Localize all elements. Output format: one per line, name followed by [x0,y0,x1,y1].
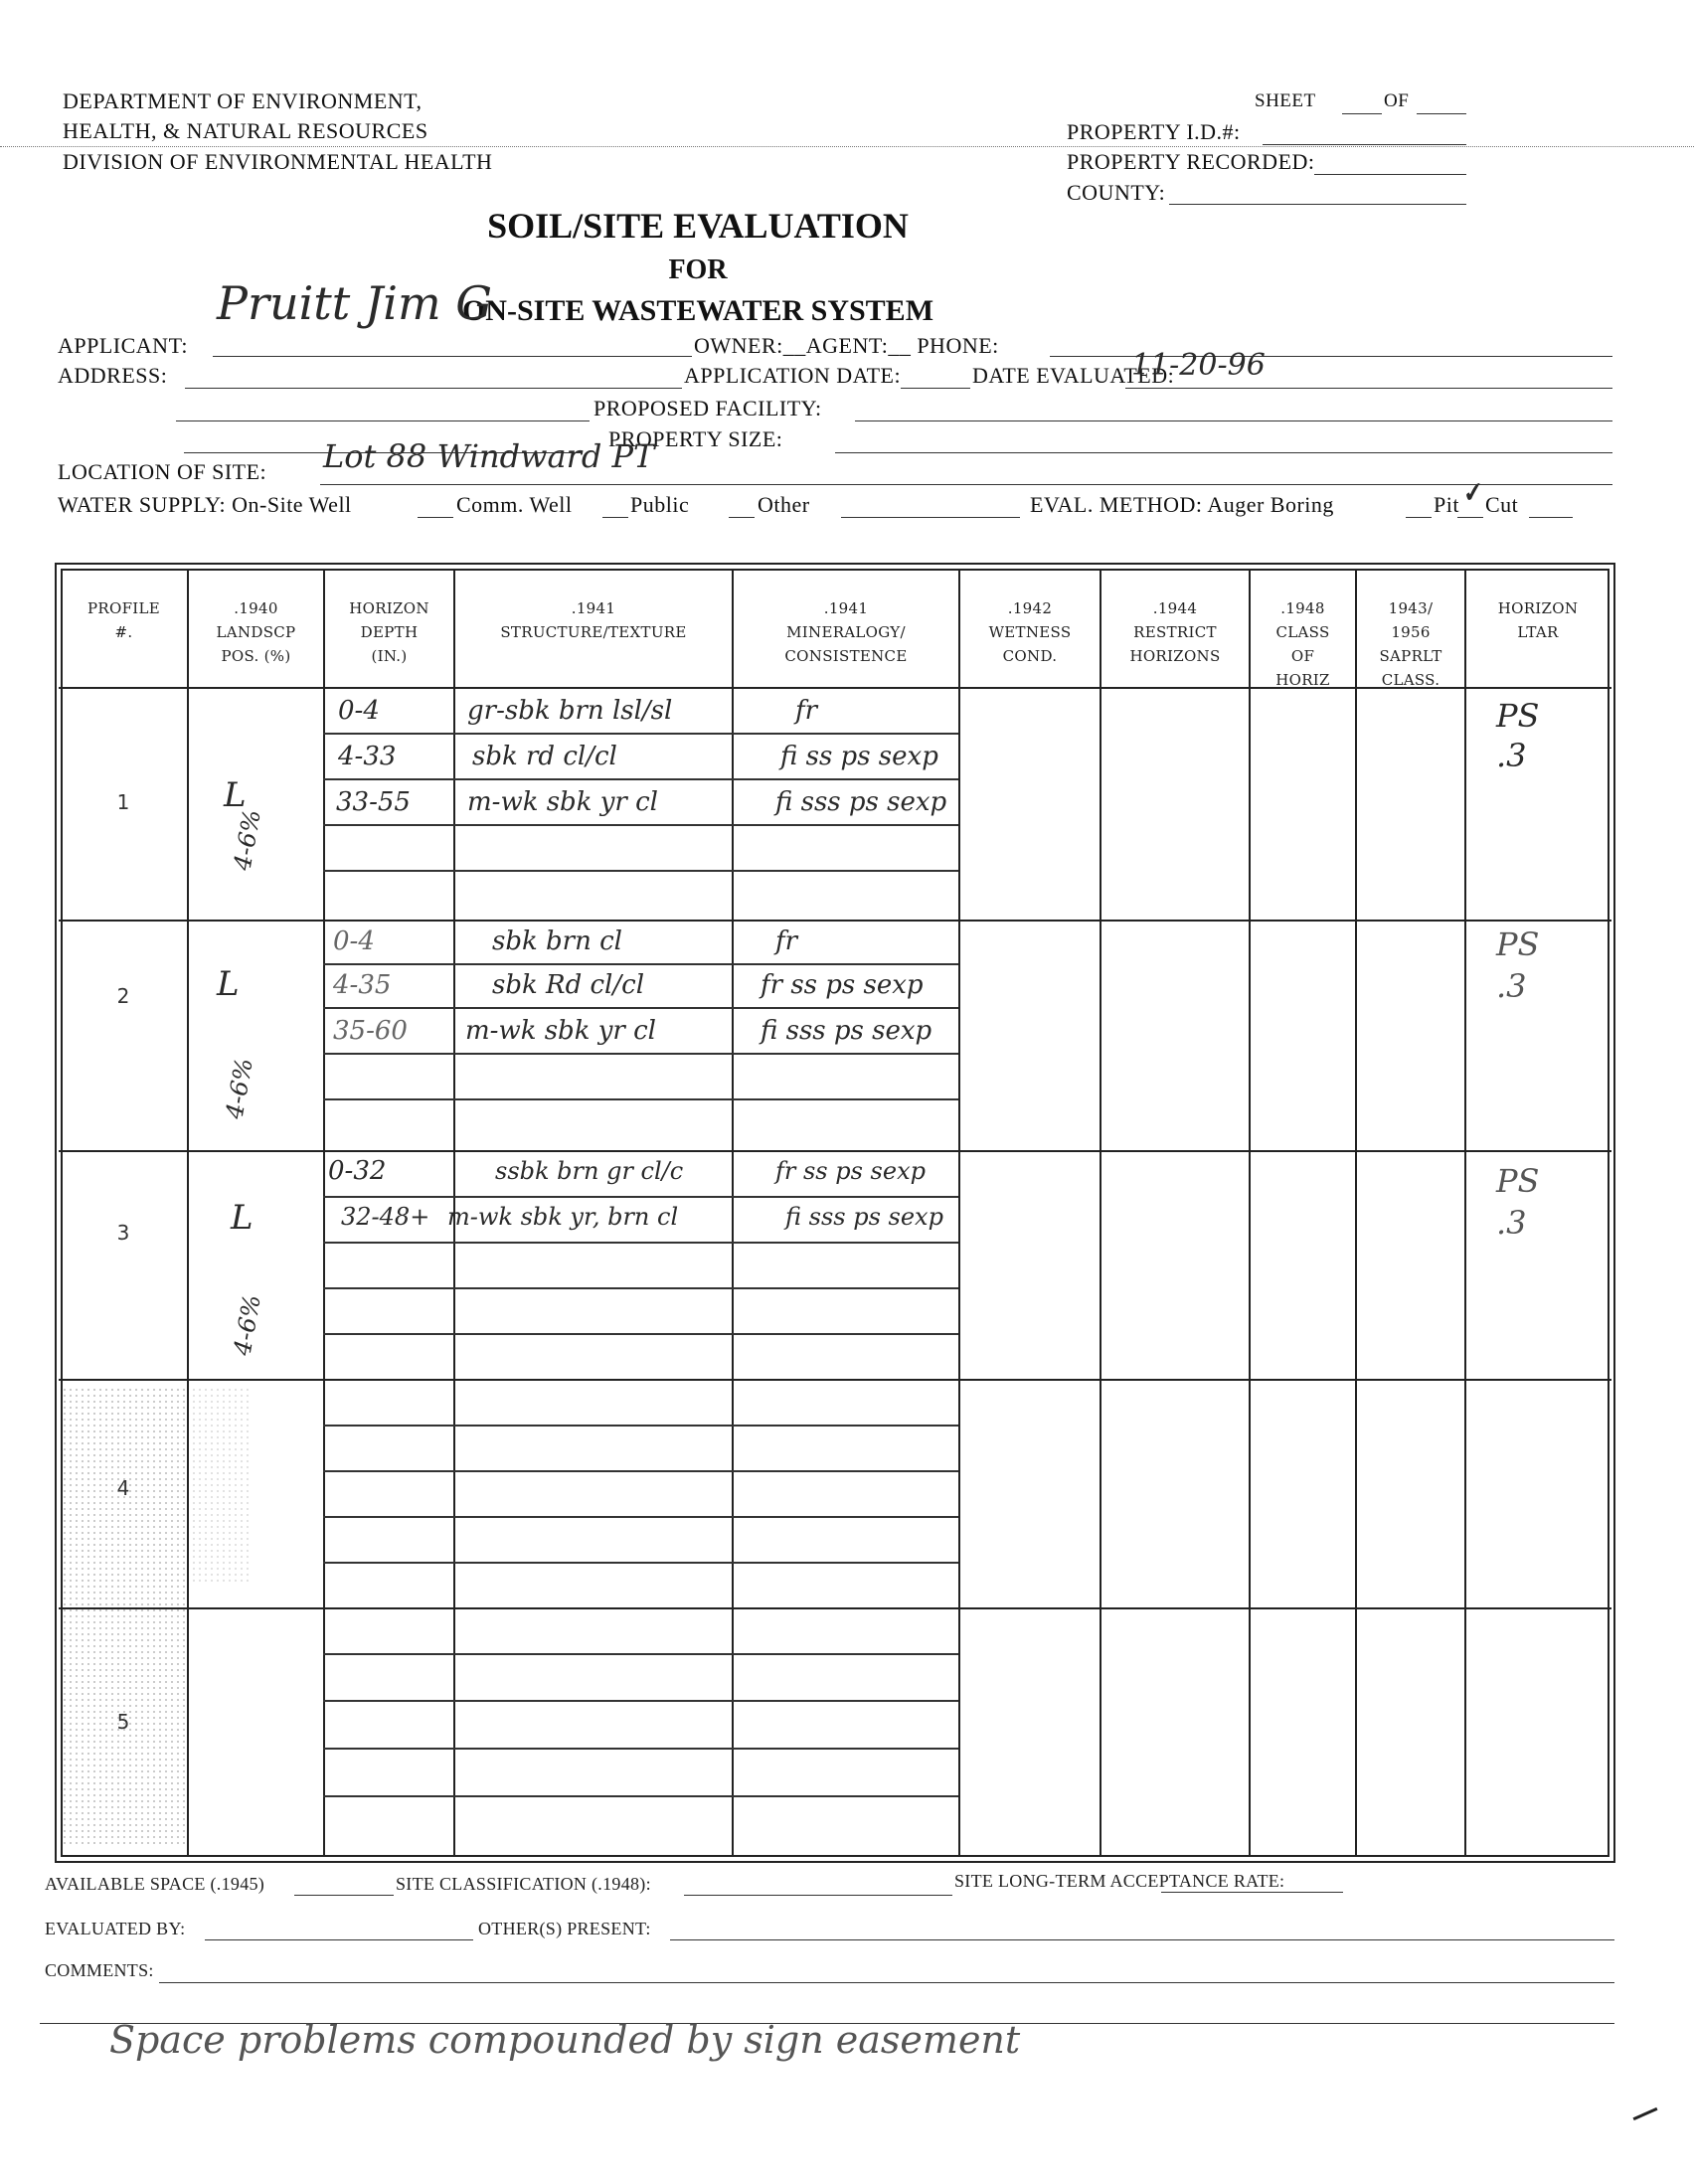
horizon-structure: sbk rd cl/cl [472,742,617,771]
horizon-mineralogy: fr ss ps sexp [775,1156,926,1186]
header-line: DEPTH [325,620,453,644]
col-header-wetness: .1942 WETNESS COND. [960,596,1100,668]
col-header-landscape: .1940 LANDSCP POS. (%) [189,596,323,668]
horizon-row-divider [323,1795,958,1797]
horizon-mineralogy: fr ss ps sexp [761,970,924,1000]
scan-mark [1633,2107,1658,2120]
col-header-class: .1948 CLASS OF HORIZ [1251,596,1355,692]
landscape-position: L [217,969,240,999]
ltar-value: .3 [1496,966,1527,1006]
header-line: POS. (%) [189,644,323,668]
scan-artifact-rule [0,146,1694,147]
horizon-row-divider [323,1516,958,1518]
header-line: PROFILE [61,596,187,620]
horizon-row-divider [323,1242,958,1244]
horizon-row-divider [323,1653,958,1655]
property-size-field[interactable] [835,452,1612,453]
horizon-mineralogy: fi ss ps sexp [780,742,938,771]
comments-label: COMMENTS: [45,1960,154,1981]
pit-field[interactable] [1457,517,1483,518]
water-supply-label: WATER SUPPLY: On-Site Well [58,492,352,518]
header-line: HORIZON [325,596,453,620]
header-line: RESTRICT [1101,620,1249,644]
horizon-mineralogy: fr [775,926,797,956]
horizon-mineralogy: fr [795,696,817,726]
col-divider [958,569,960,1857]
horizon-depth: 32-48+ [341,1202,429,1232]
landscape-position: L [224,780,247,810]
ltar-site-field[interactable] [1161,1892,1343,1893]
col-divider [1100,569,1101,1857]
header-line: .1948 [1251,596,1355,620]
horizon-row-divider [323,778,958,780]
header-line: .1944 [1101,596,1249,620]
horizon-structure: m-wk sbk yr cl [465,1016,656,1046]
profile-divider [59,1150,1611,1152]
header-line: 1943/ [1357,596,1464,620]
horizon-mineralogy: fi sss ps sexp [761,1016,932,1046]
location-field[interactable] [320,484,1612,485]
horizon-row-divider [323,1287,958,1289]
others-present-label: OTHER(S) PRESENT: [478,1919,651,1939]
available-space-label: AVAILABLE SPACE (.1945) [45,1874,264,1895]
onsite-well-field[interactable] [418,517,453,518]
applicant-value: Pruitt Jim G [217,276,492,330]
horizon-depth: 0-32 [328,1156,386,1186]
col-divider [1249,569,1251,1857]
horizon-row-divider [323,963,958,965]
header-line: LTAR [1466,620,1609,644]
profile-number: 4 [103,1476,143,1500]
ltar-site-label: SITE LONG-TERM ACCEPTANCE RATE: [954,1871,1284,1892]
horizon-row-divider [323,1562,958,1564]
date-evaluated-field[interactable] [1125,388,1612,389]
of-label: OF [1384,90,1409,112]
horizon-row-divider [323,1053,958,1055]
public-label: Public [630,492,689,518]
form-title: SOIL/SITE EVALUATION [0,205,1545,247]
agency-line-3: DIVISION OF ENVIRONMENTAL HEALTH [63,149,492,175]
col-divider [1464,569,1466,1857]
cut-label: Cut [1485,492,1518,518]
address-field[interactable] [185,388,682,389]
horizon-mineralogy: fi sss ps sexp [775,787,946,817]
site-classification-label: SITE CLASSIFICATION (.1948): [396,1874,651,1895]
col-divider [187,569,189,1857]
owner-agent-phone-label: OWNER:__AGENT:__ PHONE: [694,333,999,359]
auger-boring-field[interactable] [1406,517,1432,518]
header-line: HORIZON [1466,596,1609,620]
horizon-depth: 0-4 [338,696,380,726]
header-line: COND. [960,644,1100,668]
landscape-position: L [231,1203,254,1233]
comm-well-label: Comm. Well [456,492,573,518]
profile-number: 3 [103,1221,143,1245]
profile-number: 1 [103,790,143,814]
header-line: (IN.) [325,644,453,668]
header-line: WETNESS [960,620,1100,644]
header-line: 1956 [1357,620,1464,644]
profile-divider [59,1379,1611,1381]
public-field[interactable] [729,517,755,518]
property-id-field[interactable] [1263,144,1466,145]
horizon-depth: 4-33 [338,742,396,771]
col-header-structure: .1941 STRUCTURE/TEXTURE [455,596,732,644]
header-line: .1940 [189,596,323,620]
location-label: LOCATION OF SITE: [58,459,266,485]
horizon-structure: m-wk sbk yr, brn cl [447,1202,678,1232]
header-line: SAPRLT [1357,644,1464,668]
horizon-row-divider [323,1700,958,1702]
horizon-structure: sbk Rd cl/cl [492,970,644,1000]
comments-value: Space problems compounded by sign easeme… [109,2018,1020,2062]
site-classification-field[interactable] [684,1895,952,1896]
property-id-label: PROPERTY I.D.#: [1067,119,1241,145]
horizon-row-divider [323,1196,958,1198]
horizon-row-divider [323,1425,958,1427]
horizon-row-divider [323,1748,958,1750]
property-recorded-field[interactable] [1314,174,1466,175]
header-line: .1941 [734,596,958,620]
ltar-class: PS [1496,1161,1539,1201]
horizon-structure: ssbk brn gr cl/c [495,1156,683,1186]
horizon-row-divider [323,1098,958,1100]
col-header-restrict: .1944 RESTRICT HORIZONS [1101,596,1249,668]
header-line: MINERALOGY/ [734,620,958,644]
ltar-class: PS [1496,696,1539,736]
proposed-facility-label: PROPOSED FACILITY: [593,396,822,421]
header-line: CLASS [1251,620,1355,644]
property-recorded-label: PROPERTY RECORDED: [1067,149,1315,175]
agency-line-1: DEPARTMENT OF ENVIRONMENT, [63,88,422,114]
proposed-facility-field[interactable] [855,420,1612,421]
address-line-2-field[interactable] [176,420,590,421]
agency-line-2: HEALTH, & NATURAL RESOURCES [63,118,428,144]
evaluated-by-field[interactable] [205,1939,473,1940]
others-present-field[interactable] [670,1939,1614,1940]
header-line: #. [61,620,187,644]
header-line: OF [1251,644,1355,668]
horizon-structure: sbk brn cl [492,926,622,956]
header-line: .1942 [960,596,1100,620]
header-line: HORIZ [1251,668,1355,692]
col-divider [732,569,734,1857]
comments-field[interactable] [159,1982,1614,1983]
cut-field[interactable] [1529,517,1573,518]
county-label: COUNTY: [1067,180,1165,206]
horizon-depth: 35-60 [333,1016,408,1046]
other-field[interactable] [841,517,1020,518]
horizon-row-divider [323,870,958,872]
applicant-field[interactable] [213,356,692,357]
col-header-saprolite: 1943/ 1956 SAPRLT CLASS. [1357,596,1464,692]
application-date-field[interactable] [901,388,970,389]
application-date-label: APPLICATION DATE: [684,363,901,389]
header-line: HORIZONS [1101,644,1249,668]
eval-method-label: EVAL. METHOD: Auger Boring [1030,492,1334,518]
horizon-depth: 0-4 [333,926,375,956]
date-evaluated-value: 11-20-96 [1131,348,1266,383]
col-divider [323,569,325,1857]
header-line: CLASS. [1357,668,1464,692]
pit-label: Pit [1434,492,1459,518]
comm-well-field[interactable] [602,517,628,518]
evaluated-by-label: EVALUATED BY: [45,1919,185,1939]
header-line: CONSISTENCE [734,644,958,668]
location-value: Lot 88 Windward PT [323,437,654,475]
other-label: Other [758,492,810,518]
applicant-label: APPLICANT: [58,333,188,359]
pit-check-mark: ✔ [1457,477,1485,510]
ltar-value: .3 [1496,1203,1527,1243]
sheet-label: SHEET [1255,90,1316,112]
header-line: STRUCTURE/TEXTURE [455,620,732,644]
of-field[interactable] [1417,113,1466,114]
profile-divider [59,1607,1611,1609]
col-header-depth: HORIZON DEPTH (IN.) [325,596,453,668]
profile-number: 2 [103,984,143,1008]
scan-noise [191,1387,251,1586]
col-header-mineralogy: .1941 MINERALOGY/ CONSISTENCE [734,596,958,668]
horizon-row-divider [323,1333,958,1335]
header-line: .1941 [455,596,732,620]
col-header-ltar: HORIZON LTAR [1466,596,1609,644]
profile-divider [59,920,1611,922]
ltar-value: .3 [1496,736,1527,775]
horizon-row-divider [323,733,958,735]
horizon-row-divider [323,1007,958,1009]
horizon-structure: gr-sbk brn lsl/sl [467,696,672,726]
horizon-row-divider [323,1470,958,1472]
col-header-profile: PROFILE #. [61,596,187,644]
scan-noise [62,1387,186,1844]
col-divider [1355,569,1357,1857]
address-label: ADDRESS: [58,363,167,389]
horizon-mineralogy: fi sss ps sexp [785,1202,943,1232]
sheet-field[interactable] [1342,113,1382,114]
horizon-row-divider [323,824,958,826]
horizon-structure: m-wk sbk yr cl [467,787,658,817]
available-space-field[interactable] [294,1895,394,1896]
horizon-depth: 33-55 [336,787,411,817]
profile-number: 5 [103,1710,143,1734]
ltar-class: PS [1496,924,1539,964]
header-line: LANDSCP [189,620,323,644]
horizon-depth: 4-35 [333,970,391,1000]
